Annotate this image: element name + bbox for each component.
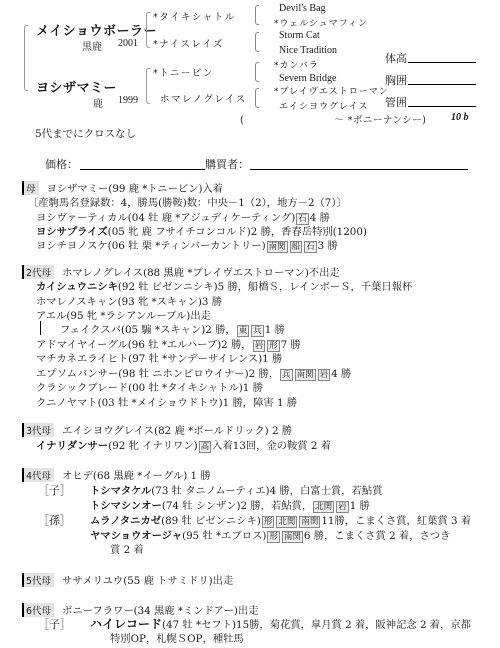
g3-brace-4 [255, 88, 259, 108]
g3-brace-1 [255, 5, 259, 25]
sire-name: メイショウボーラー [36, 20, 157, 39]
g3-brace-2 [255, 32, 259, 52]
entry-name: フェイクスパ [60, 324, 121, 336]
entry-result: 4 勝，白富士賞，若鮎賞 [270, 485, 383, 497]
pedigree-brace-main [24, 25, 28, 91]
g5dam-title: ササメリユウ(55 鹿 トサミドリ)出走 [62, 575, 233, 587]
entry-name: クラシックブレード [36, 382, 128, 394]
track-badge: 高 [199, 441, 212, 453]
g3-2: *ウェルシュマフィン [274, 16, 368, 29]
section-header-g2dam: 2代母 [22, 265, 54, 279]
g3-8: エイシヨウグレイス [279, 99, 368, 112]
g4dam-entry: トシマシンオー(74 牡 シンザン)2 勝，若鮎賞，北関岩1 勝 [90, 497, 500, 513]
track-badge: 南関 [267, 241, 288, 253]
dam-title-line: 母ヨシザマミー(99 鹿 *トニービン)入着 [22, 180, 500, 195]
entry-result-after: 1 勝 [350, 500, 370, 512]
buyer-field[interactable] [250, 169, 468, 170]
price-field[interactable] [80, 169, 205, 170]
family-number: 10 b [451, 112, 469, 123]
entry-result: 3 勝 [318, 240, 338, 252]
g2dam-entry: クニノヤマト(03 牡 *メイショウドトウ)1 勝，障害 1 勝 [36, 394, 500, 409]
entry-detail: (92 牝 イナリワン) [108, 440, 197, 452]
g2dam-entry: マチカネエライヒト(97 牡 *サンデーサイレンス)1 勝 [36, 350, 500, 365]
entry-detail: (05 騸 *スキャン) [121, 324, 205, 336]
sire-dam: *ナイスレイズ [153, 36, 224, 50]
section-header-g3dam: 3代母 [22, 423, 54, 437]
measure-field-cannon[interactable] [408, 106, 476, 107]
entry-name: クニノヤマト [36, 397, 98, 409]
entry-detail: (73 牡 タニノムーティエ) [151, 485, 269, 497]
entry-name: イナリダンサー [36, 440, 108, 452]
track-badge: 石 [304, 241, 317, 253]
measure-field-chest[interactable] [408, 84, 476, 85]
entry-result: 11勝，こまくさ賞，紅葉賞 3 着 [321, 515, 471, 527]
entry-result: 5 勝，船橋Ｓ，レインボーＳ，千葉日報杯 [218, 281, 413, 293]
entry-result: 1 勝，障害 1 勝 [223, 397, 297, 409]
g2dam-entry: カイシュウニシキ(92 牡 ビゼンニシキ)5 勝，船橋Ｓ，レインボーＳ，千葉日報… [36, 278, 500, 293]
g6dam-entry-continuation: 特別OP，札幌ＳOP，種牡馬 [110, 630, 500, 645]
entry-detail: (00 牡 *タイキシャトル) [128, 382, 243, 394]
measure-label-cannon: 管囲 [385, 94, 407, 110]
measure-label-height: 体高 [385, 50, 407, 66]
entry-result: 2 勝， [205, 324, 235, 336]
entry-result: 2 勝，若鮎賞， [241, 500, 313, 512]
entry-name: ヨシチヨノスケ [36, 240, 108, 252]
g2dam-entry: クラシックブレード(00 牡 *タイキシャトル)1 勝 [36, 379, 500, 394]
dam-entry: ヨシチヨノスケ(06 牡 栗 *ティンバーカントリー)南関船石3 勝 [36, 237, 500, 253]
entry-detail: (03 牡 *メイショウドトウ) [98, 397, 223, 409]
entry-name: ハイレコード [90, 617, 162, 631]
g3-7: *ブレイヴエストローマン [274, 84, 389, 97]
g4dam-entry-continuation: 賞 2 着 [110, 541, 500, 556]
descendant-connector [40, 321, 41, 335]
buyer-label: 購買者： [205, 156, 249, 172]
measure-field-height[interactable] [408, 62, 476, 63]
measure-label-chest: 胸囲 [385, 72, 407, 88]
entry-name: ムラノタニカゼ [90, 515, 161, 527]
entry-name: トシマシンオー [90, 500, 162, 512]
g3-4: Nice Tradition [279, 45, 337, 56]
g3-5: *カンバラ [274, 58, 319, 71]
dam-color: 鹿 [93, 95, 103, 110]
dam-entry: ヨシサプライズ(05 牝 鹿 フサイチコンコルド)2 勝，香春岳特別(1200) [36, 223, 500, 238]
entry-result: 1 勝 [262, 353, 282, 365]
dam-summary: 〔産駒馬名登録数：4，勝馬(勝鞍)数：中央－1（2），地方－2（7）〕 [28, 194, 500, 209]
entry-detail: (92 牡 ビゼンニシキ) [118, 281, 218, 293]
g4dam-title: オヒデ(68 黒鹿 *イーグル) 1 勝 [62, 470, 211, 482]
g4dam-entry: ムラノタニカゼ(89 牡 ビゼンニシキ)形北関南関11勝，こまくさ賞，紅葉賞 3… [90, 512, 500, 528]
section-header-g6dam: 6代母 [22, 603, 54, 617]
g3dam-title: エイシヨウグレイス(82 鹿 *ボールドリック) 2 勝 [62, 425, 292, 437]
dam-year: 1999 [118, 95, 138, 106]
entry-detail: (89 牡 ビゼンニシキ) [161, 515, 261, 527]
sire-brace [146, 12, 150, 48]
price-label: 価格： [45, 156, 78, 172]
entry-name: カイシュウニシキ [36, 281, 118, 293]
g2dam-entry-descendant: フェイクスパ(05 騸 *スキャン)2 勝，東兵1 勝 [60, 321, 500, 337]
g3-6: Severn Bridge [279, 73, 337, 84]
entry-result: 入着13回，金の鞍賞 2 着 [212, 440, 331, 452]
g3dam-entry: イナリダンサー(92 牝 イナリワン)高入着13回，金の鞍賞 2 着 [36, 437, 500, 453]
entry-name: マチカネエライヒト [36, 353, 128, 365]
section-header-g4dam: 4代母 [22, 468, 54, 482]
g5dam-title-line: 5代母ササメリユウ(55 鹿 トサミドリ)出走 [22, 572, 500, 587]
g3dam-title-line: 3代母エイシヨウグレイス(82 鹿 *ボールドリック) 2 勝 [22, 422, 500, 437]
track-badge: 船 [290, 241, 303, 253]
g2dam-entry: アエル(95 牝 *ラシアンルーブル)出走 [36, 307, 500, 322]
sire-year: 2001 [118, 38, 138, 49]
entry-name: トシマタケル [90, 485, 151, 497]
entry-result: 1 勝 [243, 382, 263, 394]
entry-detail: (97 牡 *サンデーサイレンス) [128, 353, 262, 365]
g3-3: Storm Cat [279, 30, 320, 41]
group-label-children: ［子］ [38, 482, 71, 498]
section-header-g5dam: 5代母 [22, 573, 54, 587]
family-line: ( ～ *ボニーナンシー) [240, 112, 426, 126]
entry-result-after: 1 勝 [265, 324, 285, 336]
entry-detail: (74 牡 シンザン) [162, 500, 241, 512]
sire-sire: *タイキシャトル [153, 9, 236, 23]
cross-note: 5代までにクロスなし [35, 126, 136, 141]
g2dam-title-line: 2代母ホマレノグレイス(88 黒鹿 *ブレイヴエストローマン)不出走 [22, 264, 500, 279]
entry-detail: (06 牡 栗 *ティンバーカントリー) [108, 240, 266, 252]
g2dam-entry: ホマレノスキャン(93 牝 *スキャン)3 勝 [36, 293, 500, 308]
dam-name: ヨシザマミー [36, 77, 117, 96]
g3-brace-3 [255, 62, 259, 82]
group-label-children: ［子］ [38, 616, 71, 632]
sire-color: 黒鹿 [82, 38, 102, 53]
g4dam-title-line: 4代母オヒデ(68 黒鹿 *イーグル) 1 勝 [22, 467, 500, 482]
section-header-dam: 母 [22, 181, 39, 195]
dam-brace [146, 68, 150, 104]
dam-dam: ホマレノグレイス [160, 91, 247, 105]
dam-sire: *トニービン [153, 65, 214, 79]
group-label-grandchildren: ［孫］ [38, 512, 71, 528]
g4dam-entry: トシマタケル(73 牡 タニノムーティエ)4 勝，白富士賞，若鮎賞 [90, 482, 500, 497]
g3-1: Devil's Bag [279, 3, 326, 14]
